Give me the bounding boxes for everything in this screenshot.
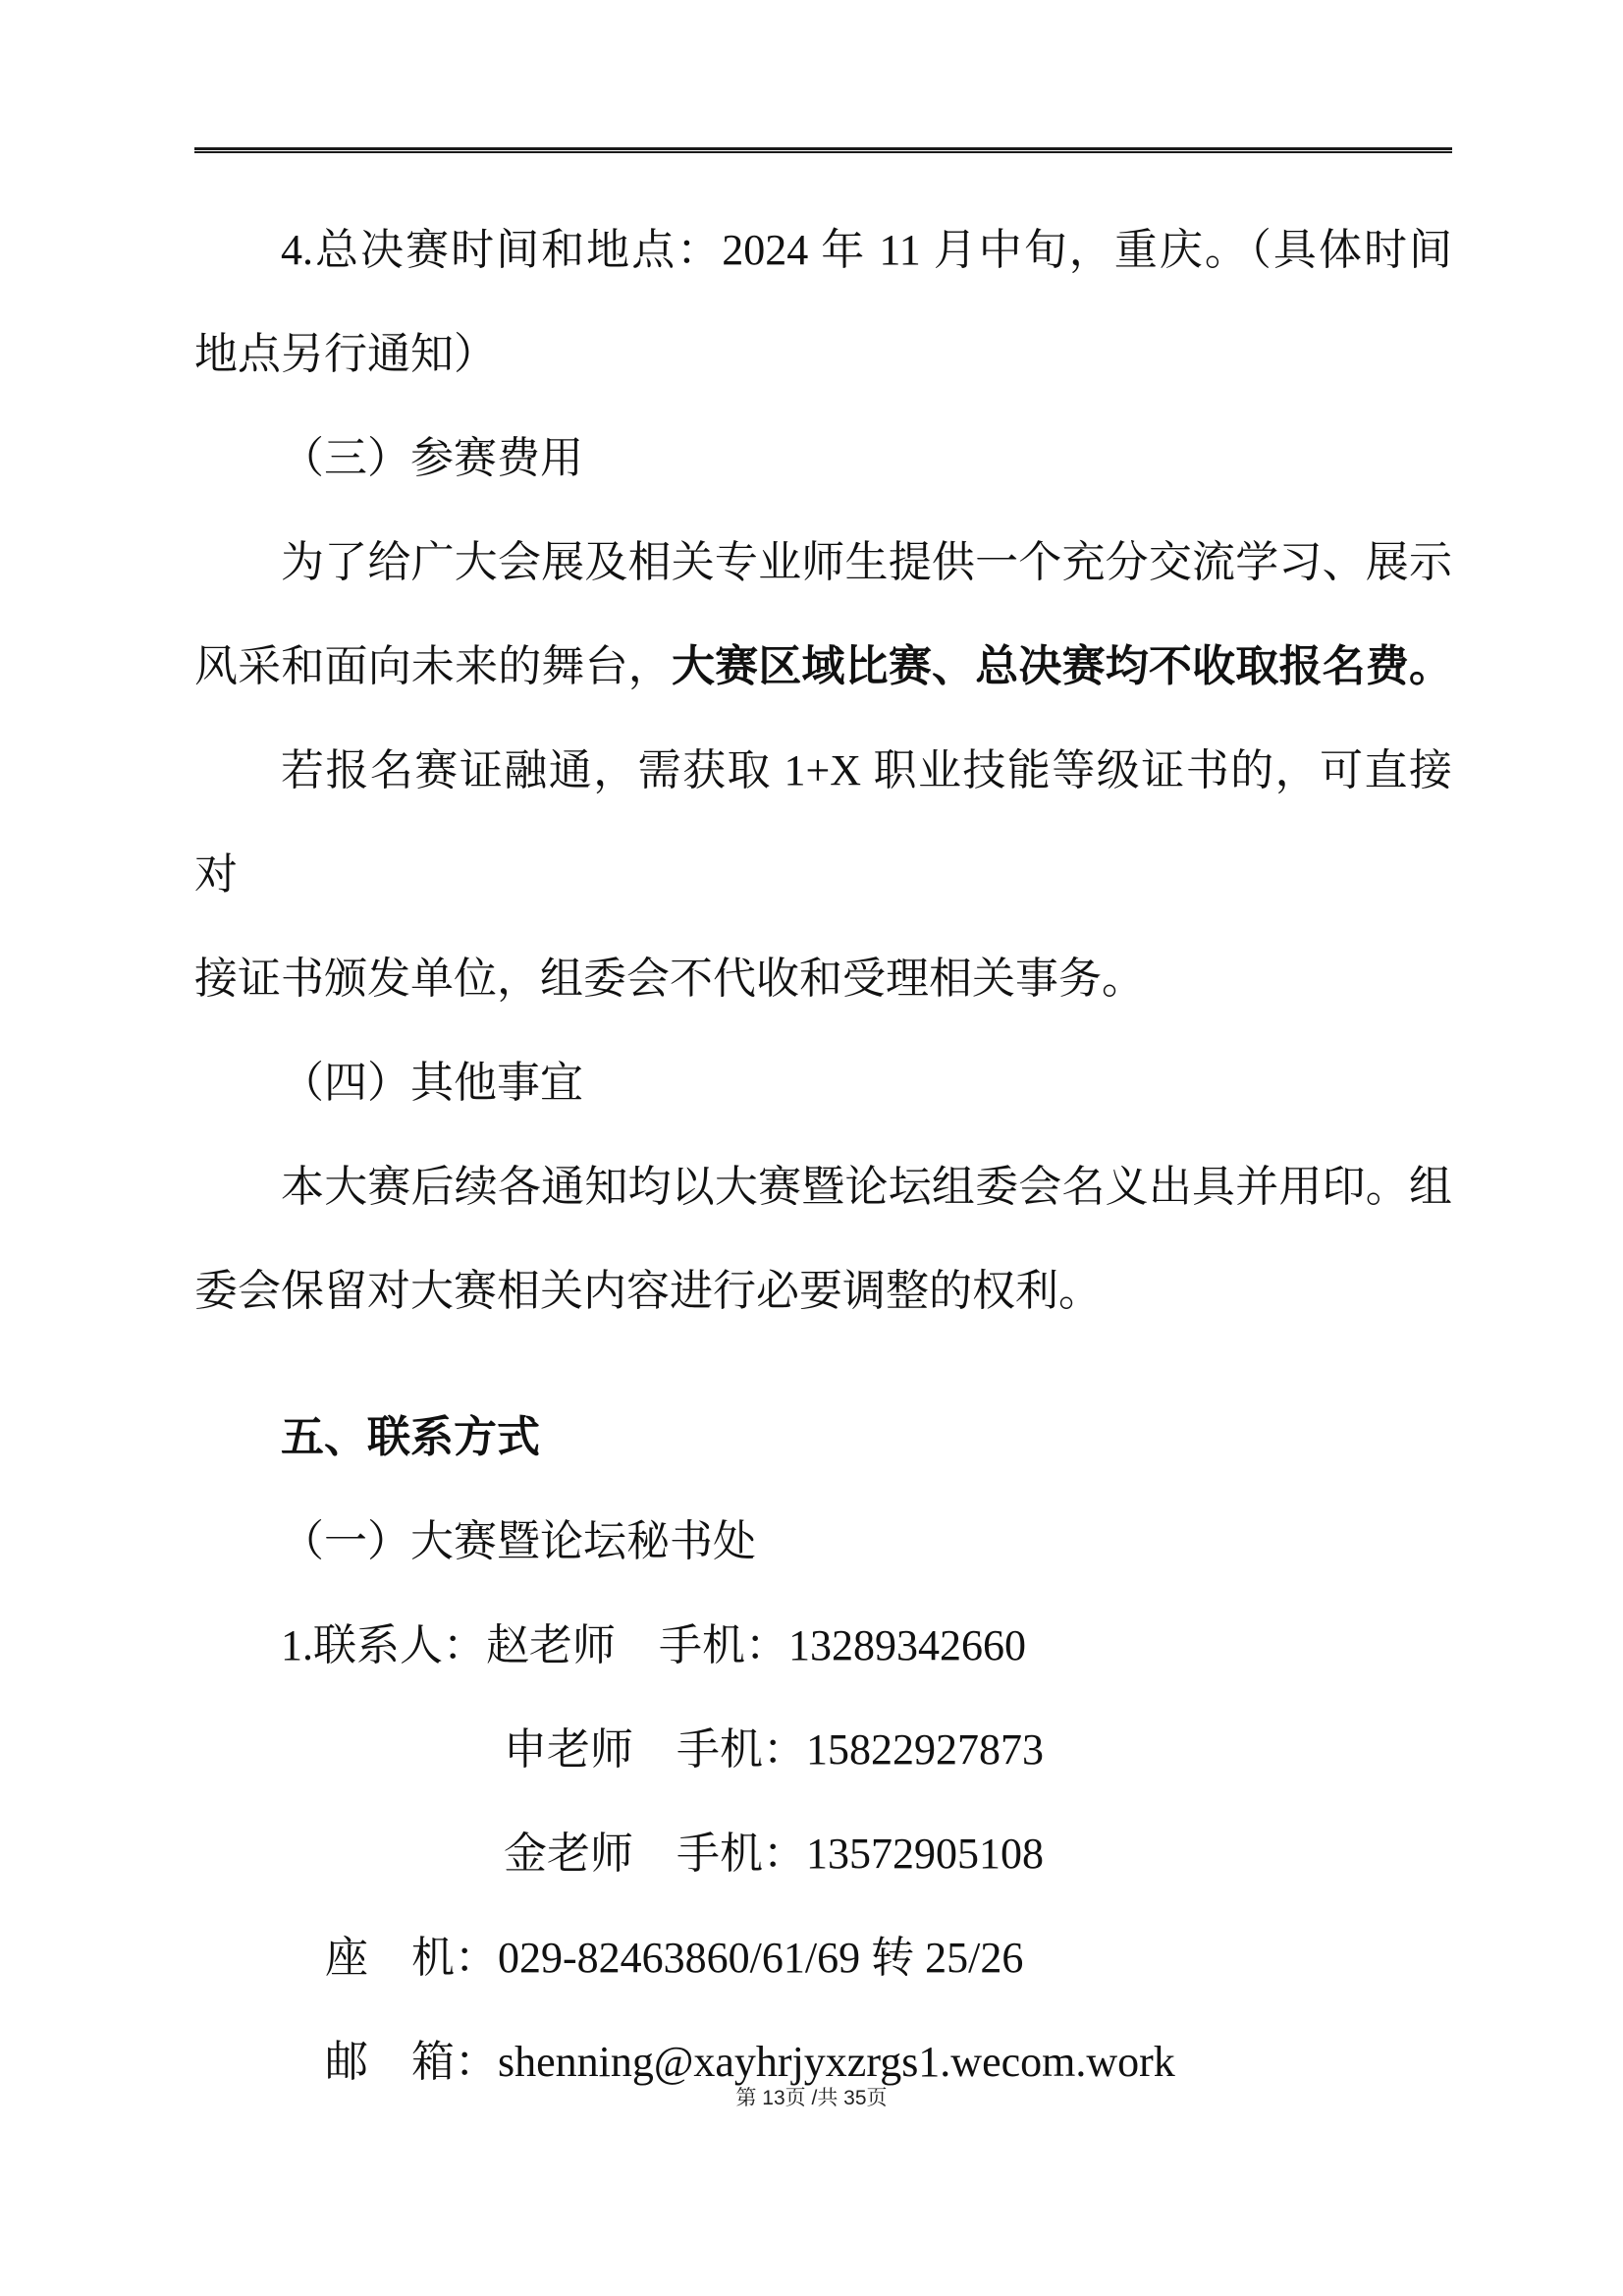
contact-person-line-3: 金老师 手机：13572905108: [194, 1802, 1452, 1906]
fee-para1-line-1: 为了给广大会展及相关专业师生提供一个充分交流学习、展示: [194, 511, 1452, 615]
contact-landline-line: 座 机：029-82463860/61/69 转 25/26: [194, 1906, 1452, 2010]
other-para-line-1: 本大赛后续各通知均以大赛暨论坛组委会名义出具并用印。组: [194, 1135, 1452, 1239]
final-round-line-2: 地点另行通知）: [194, 302, 1452, 407]
header-divider: [194, 147, 1452, 153]
contact-person-line-2: 申老师 手机：15822927873: [194, 1698, 1452, 1802]
contact-person-line-1: 1.联系人：赵老师 手机：13289342660: [194, 1594, 1452, 1698]
other-para-line-2: 委会保留对大赛相关内容进行必要调整的权利。: [194, 1239, 1452, 1343]
fee-para1-line-2-bold: 大赛区域比赛、总决赛均不收取报名费。: [672, 642, 1452, 690]
document-page: 4.总决赛时间和地点：2024 年 11 月中旬，重庆。（具体时间 地点另行通知…: [0, 0, 1623, 2296]
fee-para1-line-2-normal: 风采和面向未来的舞台，: [194, 642, 672, 690]
document-body: 4.总决赛时间和地点：2024 年 11 月中旬，重庆。（具体时间 地点另行通知…: [194, 198, 1452, 2114]
contact-section-subheading: （一）大赛暨论坛秘书处: [194, 1490, 1452, 1594]
final-round-line-1: 4.总决赛时间和地点：2024 年 11 月中旬，重庆。（具体时间: [194, 198, 1452, 302]
page-number-indicator: 第 13页 /共 35页: [0, 2074, 1623, 2123]
fee-para1-line-2: 风采和面向未来的舞台，大赛区域比赛、总决赛均不收取报名费。: [194, 615, 1452, 719]
fee-section-heading: （三）参赛费用: [194, 407, 1452, 511]
fee-para2-line-2: 接证书颁发单位，组委会不代收和受理相关事务。: [194, 927, 1452, 1031]
other-section-heading: （四）其他事宜: [194, 1031, 1452, 1135]
contact-section-heading: 五、联系方式: [194, 1386, 1452, 1490]
fee-para2-line-1: 若报名赛证融通，需获取 1+X 职业技能等级证书的，可直接对: [194, 719, 1452, 927]
